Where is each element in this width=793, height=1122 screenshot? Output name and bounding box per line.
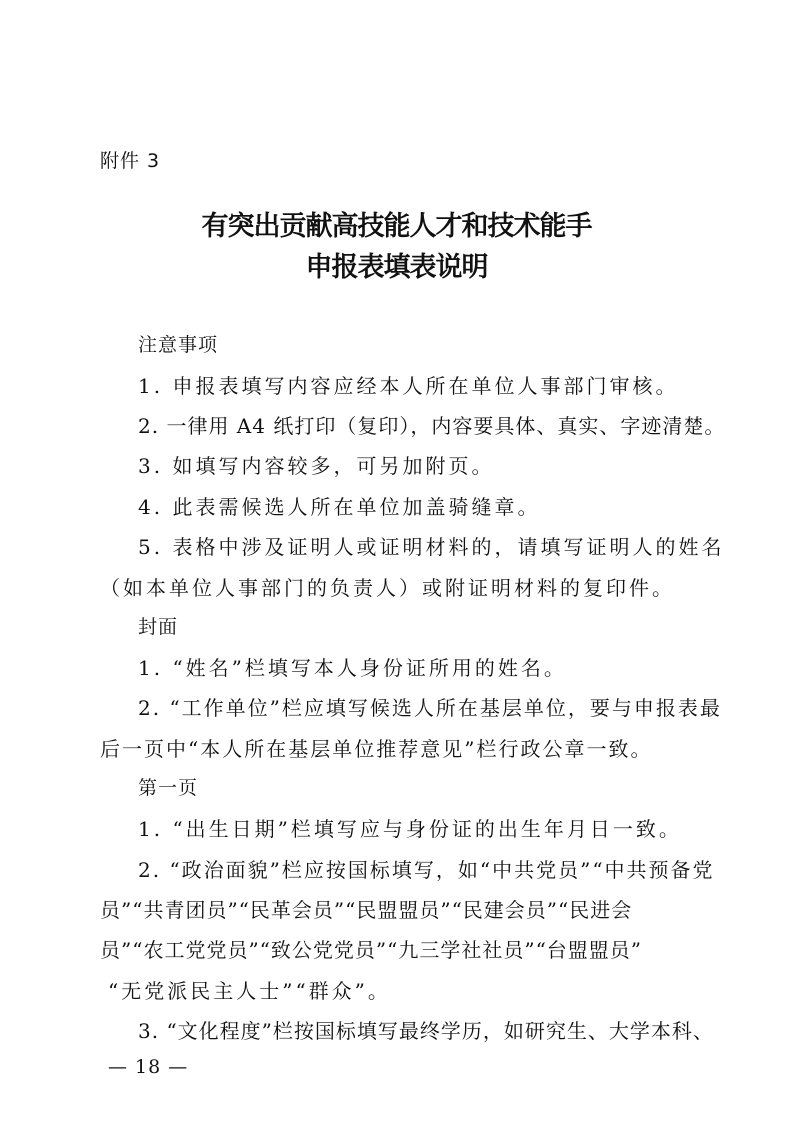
attachment-label: 附件 3 (100, 146, 160, 173)
page-one-item-3: 3. “文化程度”栏按国标填写最终学历，如研究生、大学本科、 (138, 1015, 738, 1044)
section-heading-cover: 封面 (138, 612, 738, 639)
page-one-item-2-cont-3: “无党派民主人士”“群众”。 (108, 975, 708, 1004)
page-one-item-1: 1. “出生日期”栏填写应与身份证的出生年月日一致。 (138, 813, 738, 842)
notes-item-2: 2. 一律用 A4 纸打印（复印），内容要具体、真实、字迹清楚。 (138, 410, 738, 439)
page-one-item-2-cont-1: 员”“共青团员”“民革会员”“民盟盟员”“民建会员”“民进会 (100, 894, 700, 923)
document-title-line-1: 有突出贡献高技能人才和技术能手 (0, 204, 793, 243)
cover-item-2: 2. “工作单位”栏应填写候选人所在基层单位，要与申报表最 (138, 692, 738, 721)
section-heading-notes: 注意事项 (138, 330, 738, 357)
page-number: — 18 — (108, 1056, 188, 1078)
cover-item-1: 1. “姓名”栏填写本人身份证所用的姓名。 (138, 652, 738, 681)
notes-item-3: 3. 如填写内容较多，可另加附页。 (138, 450, 738, 479)
section-heading-page-one: 第一页 (138, 773, 738, 800)
document-page: 附件 3 有突出贡献高技能人才和技术能手 申报表填表说明 注意事项 1. 申报表… (0, 0, 793, 1122)
notes-item-4: 4. 此表需候选人所在单位加盖骑缝章。 (138, 491, 738, 520)
notes-item-5-cont: （如本单位人事部门的负责人）或附证明材料的复印件。 (100, 572, 700, 601)
notes-item-1: 1. 申报表填写内容应经本人所在单位人事部门审核。 (138, 370, 738, 399)
notes-item-5: 5. 表格中涉及证明人或证明材料的，请填写证明人的姓名 (138, 531, 738, 560)
document-title-line-2: 申报表填表说明 (0, 245, 793, 284)
cover-item-2-cont: 后一页中“本人所在基层单位推荐意见”栏行政公章一致。 (100, 733, 700, 762)
page-one-item-2-cont-2: 员”“农工党党员”“致公党党员”“九三学社社员”“台盟盟员” (100, 934, 700, 963)
page-one-item-2: 2. “政治面貌”栏应按国标填写，如“中共党员”“中共预备党 (138, 854, 738, 883)
